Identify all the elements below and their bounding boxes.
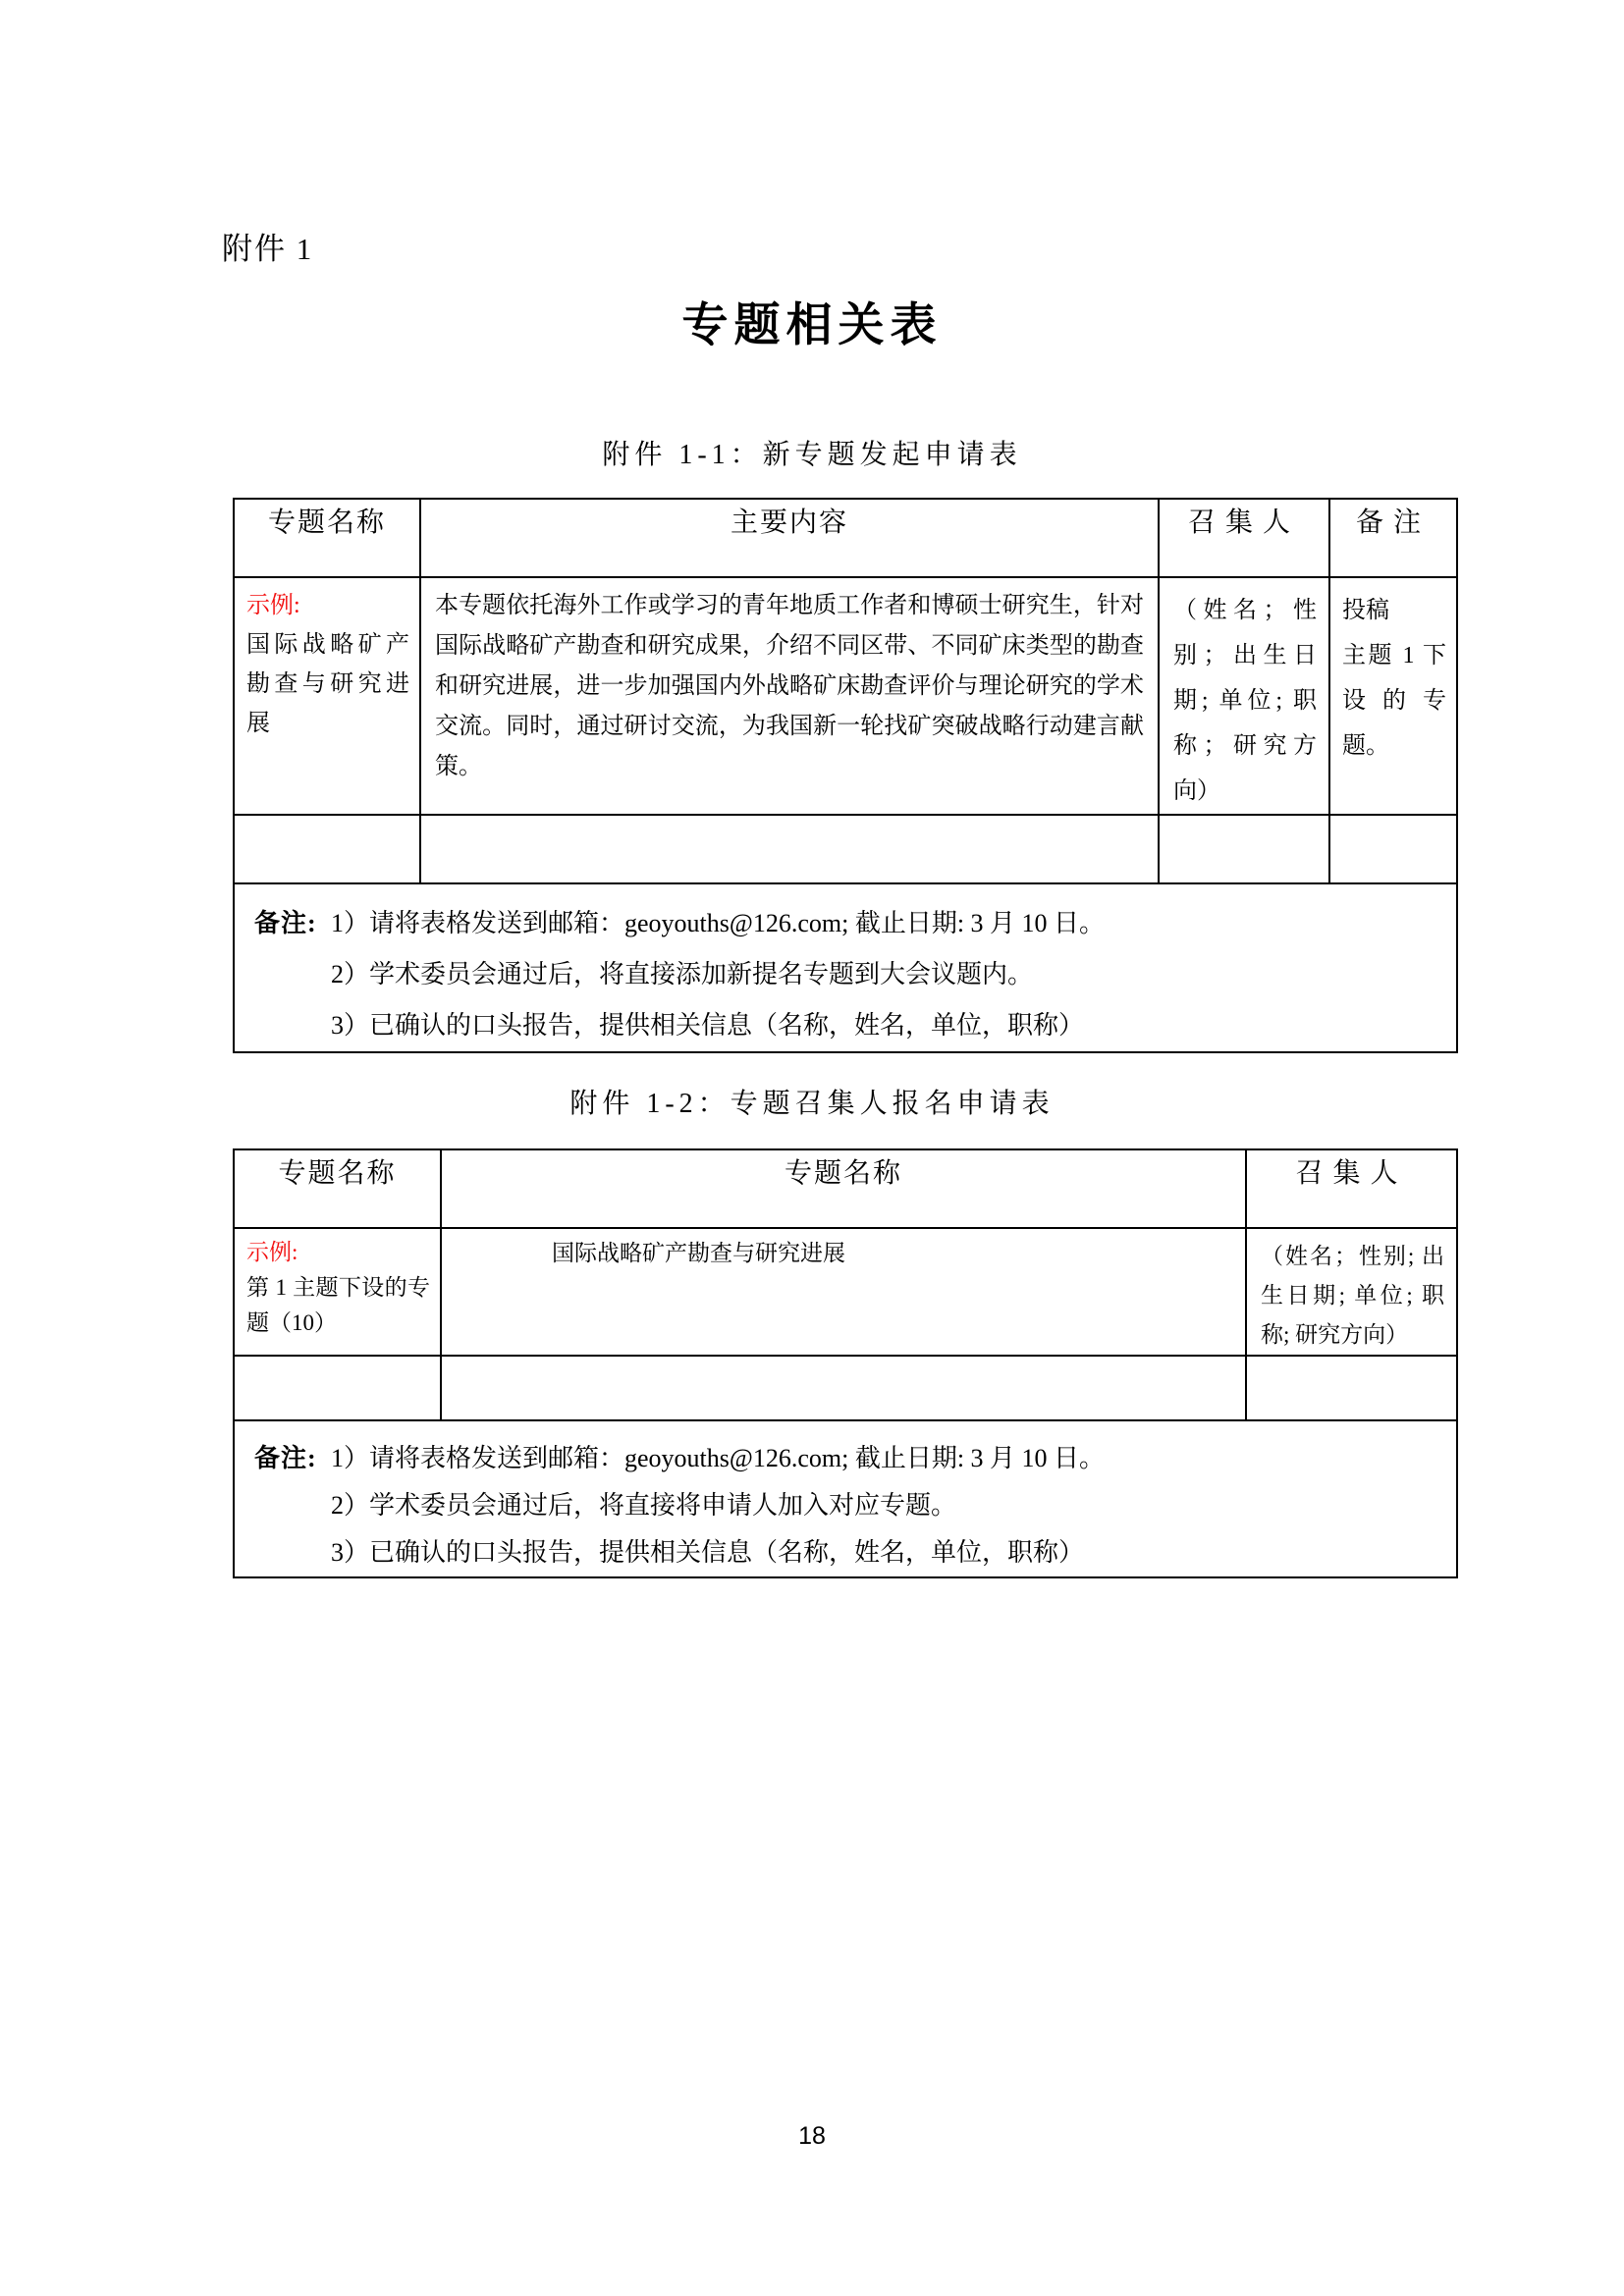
- form2-notes-cell: 备注: 1）请将表格发送到邮箱：geoyouths@126.com; 截止日期:…: [234, 1420, 1457, 1577]
- form1-header-remark: 备注: [1329, 499, 1457, 577]
- form1-empty-cell-topic: [234, 815, 420, 883]
- form2-empty-cell-convener: [1246, 1356, 1457, 1420]
- form2-notes: 备注: 1）请将表格发送到邮箱：geoyouths@126.com; 截止日期:…: [254, 1435, 1438, 1576]
- form2-example-convener-cell: （姓名；性别; 出生日期; 单位; 职称; 研究方向）: [1246, 1228, 1457, 1356]
- form2-empty-cell-topic: [234, 1356, 441, 1420]
- form1-notes: 备注: 1）请将表格发送到邮箱：geoyouths@126.com; 截止日期:…: [254, 898, 1438, 1051]
- page-title: 专题相关表: [0, 289, 1624, 354]
- document-page: 附件 1 专题相关表 附件 1-1：新专题发起申请表 专题名称 主要内容 召集人…: [0, 0, 1624, 2296]
- form1-header-topic-name: 专题名称: [234, 499, 420, 577]
- form1-example-main-content-cell: 本专题依托海外工作或学习的青年地质工作者和博硕士研究生，针对国际战略矿产勘查和研…: [420, 577, 1159, 815]
- form2-example-topic-name: 第 1 主题下设的专题（10）: [246, 1275, 430, 1335]
- page-number: 18: [0, 2122, 1624, 2151]
- form2-example-row: 示例: 第 1 主题下设的专题（10） 国际战略矿产勘查与研究进展 （姓名；性别…: [234, 1228, 1457, 1356]
- form1-empty-cell-remark: [1329, 815, 1457, 883]
- form1-empty-cell-convener: [1159, 815, 1329, 883]
- form1-example-remark-cell: 投稿 主题 1 下设的专题。: [1329, 577, 1457, 815]
- form2-header-row: 专题名称 专题名称 召集人: [234, 1149, 1457, 1228]
- form2-notes-label: 备注:: [254, 1435, 331, 1482]
- form2-caption: 附件 1-2：专题召集人报名申请表: [0, 1082, 1624, 1121]
- form1-example-convener-cell: （姓名；性别；出生日期; 单位; 职称；研究方向）: [1159, 577, 1329, 815]
- form2-header-topic-name: 专题名称: [234, 1149, 441, 1228]
- form1-example-topic-cell: 示例: 国际战略矿产勘查与研究进展: [234, 577, 420, 815]
- form2-example-topic-cell: 示例: 第 1 主题下设的专题（10）: [234, 1228, 441, 1356]
- form2-header-topic-title: 专题名称: [441, 1149, 1246, 1228]
- example-label: 示例:: [246, 586, 409, 625]
- form2-note-3: 3）已确认的口头报告，提供相关信息（名称，姓名，单位，职称）: [331, 1529, 1438, 1576]
- form2-header-convener: 召集人: [1246, 1149, 1457, 1228]
- form2-table: 专题名称 专题名称 召集人 示例: 第 1 主题下设的专题（10） 国际战略矿产…: [233, 1148, 1458, 1578]
- form1-notes-cell: 备注: 1）请将表格发送到邮箱：geoyouths@126.com; 截止日期:…: [234, 883, 1457, 1052]
- form1-note-1: 1）请将表格发送到邮箱：geoyouths@126.com; 截止日期: 3 月…: [331, 898, 1438, 949]
- form1-notes-lines: 1）请将表格发送到邮箱：geoyouths@126.com; 截止日期: 3 月…: [331, 898, 1438, 1051]
- form2-empty-cell-title: [441, 1356, 1246, 1420]
- form1-note-3: 3）已确认的口头报告，提供相关信息（名称，姓名，单位，职称）: [331, 1000, 1438, 1051]
- form1-notes-row: 备注: 1）请将表格发送到邮箱：geoyouths@126.com; 截止日期:…: [234, 883, 1457, 1052]
- form1-empty-cell-main: [420, 815, 1159, 883]
- form1-example-row: 示例: 国际战略矿产勘查与研究进展 本专题依托海外工作或学习的青年地质工作者和博…: [234, 577, 1457, 815]
- form2-empty-row: [234, 1356, 1457, 1420]
- form1-table: 专题名称 主要内容 召集人 备注 示例: 国际战略矿产勘查与研究进展 本专题依托…: [233, 498, 1458, 1053]
- form1-header-row: 专题名称 主要内容 召集人 备注: [234, 499, 1457, 577]
- form1-empty-row: [234, 815, 1457, 883]
- form1-example-topic-name: 国际战略矿产勘查与研究进展: [246, 632, 409, 736]
- form2-notes-lines: 1）请将表格发送到邮箱：geoyouths@126.com; 截止日期: 3 月…: [331, 1435, 1438, 1576]
- form2-example-topic-title-cell: 国际战略矿产勘查与研究进展: [441, 1228, 1246, 1356]
- form1-note-2: 2）学术委员会通过后，将直接添加新提名专题到大会议题内。: [331, 949, 1438, 1000]
- form1-header-main-content: 主要内容: [420, 499, 1159, 577]
- attachment-label: 附件 1: [222, 224, 313, 268]
- form2-notes-row: 备注: 1）请将表格发送到邮箱：geoyouths@126.com; 截止日期:…: [234, 1420, 1457, 1577]
- form1-notes-label: 备注:: [254, 898, 331, 949]
- example-label: 示例:: [246, 1235, 430, 1270]
- form2-note-1: 1）请将表格发送到邮箱：geoyouths@126.com; 截止日期: 3 月…: [331, 1435, 1438, 1482]
- form1-caption: 附件 1-1：新专题发起申请表: [0, 433, 1624, 472]
- form2-note-2: 2）学术委员会通过后，将直接将申请人加入对应专题。: [331, 1482, 1438, 1529]
- form1-header-convener: 召集人: [1159, 499, 1329, 577]
